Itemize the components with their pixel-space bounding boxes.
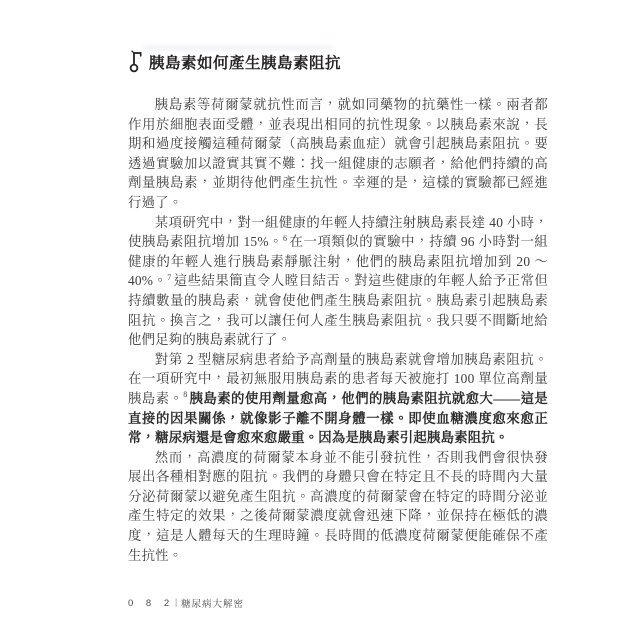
paragraph: 胰島素等荷爾蒙就抗性而言，就如同藥物的抗藥性一樣。兩者都作用於細胞表面受體，並表… bbox=[128, 95, 548, 213]
page-number: 0 8 2 bbox=[128, 598, 174, 609]
page-footer: 0 8 2 | 糖尿病大解密 bbox=[128, 596, 244, 610]
book-page: 胰島素如何產生胰島素阻抗 胰島素等荷爾蒙就抗性而言，就如同藥物的抗藥性一樣。兩者… bbox=[0, 0, 640, 640]
paragraph: 然而，高濃度的荷爾蒙本身並不能引發抗性，否則我們會很快發展出各種相對應的阻抗。我… bbox=[128, 448, 548, 566]
key-icon bbox=[129, 50, 143, 73]
footnote-reference: 8 bbox=[183, 390, 187, 399]
footnote-reference: 7 bbox=[167, 273, 171, 282]
text-run: 然而，高濃度的荷爾蒙本身並不能引發抗性，否則我們會很快發展出各種相對應的阻抗。我… bbox=[128, 450, 548, 563]
text-run: 這些結果簡直令人瞠目結舌。對這些健康的年輕人給予正常但持續數量的胰島素，就會使他… bbox=[128, 273, 548, 347]
article-body: 胰島素等荷爾蒙就抗性而言，就如同藥物的抗藥性一樣。兩者都作用於細胞表面受體，並表… bbox=[128, 95, 548, 565]
section-header: 胰島素如何產生胰島素阻抗 bbox=[129, 50, 341, 73]
footnote-reference: 6 bbox=[283, 234, 287, 243]
text-run: 胰島素的使用劑量愈高，他們的胰島素阻抗就愈大——這是直接的因果關係，就像影子離不… bbox=[128, 391, 548, 445]
footer-divider: | bbox=[175, 598, 177, 608]
book-title: 糖尿病大解密 bbox=[181, 596, 244, 610]
text-run: 胰島素等荷爾蒙就抗性而言，就如同藥物的抗藥性一樣。兩者都作用於細胞表面受體，並表… bbox=[128, 97, 548, 210]
paragraph: 某項研究中，對一組健康的年輕人持續注射胰島素長達 40 小時，使胰島素阻抗增加 … bbox=[128, 213, 548, 350]
paragraph: 對第 2 型糖尿病患者給予高劑量的胰島素就會增加胰島素阻抗。在一項研究中，最初無… bbox=[128, 350, 548, 448]
section-title: 胰島素如何產生胰島素阻抗 bbox=[149, 51, 341, 73]
